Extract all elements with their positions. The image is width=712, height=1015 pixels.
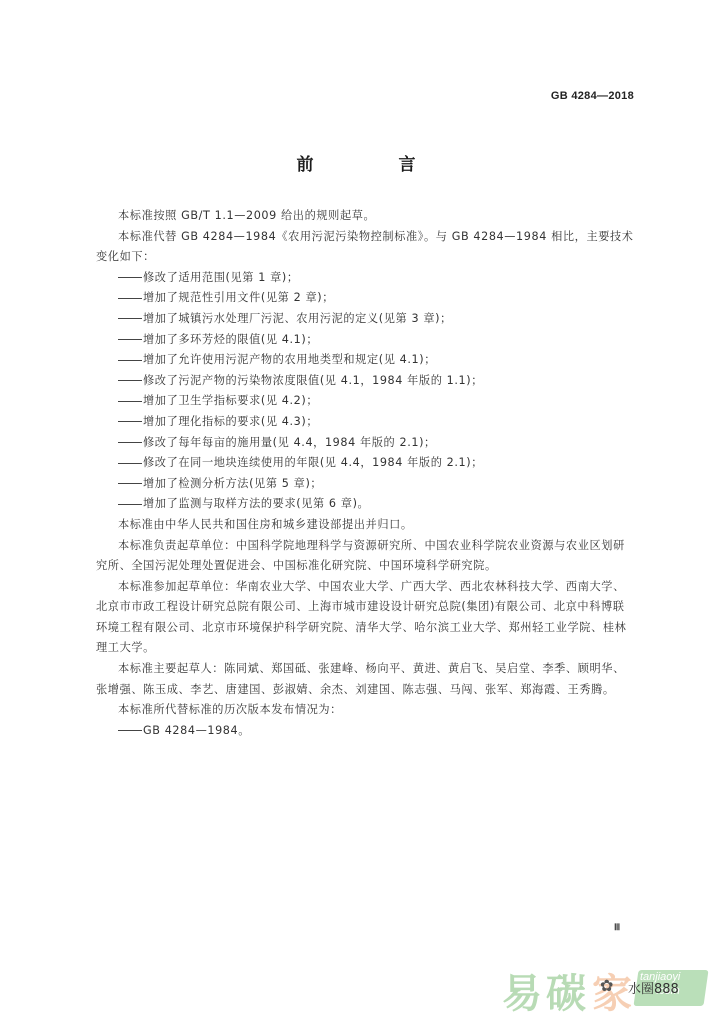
list-item: 增加了检测分析方法(见第 5 章)； <box>96 474 636 495</box>
list-item: 增加了多环芳烃的限值(见 4.1)； <box>96 330 636 351</box>
dash-icon <box>118 483 142 484</box>
watermark-badge-text: tanjiaoyi .com <box>640 970 680 998</box>
paragraph-replaces: 本标准代替 GB 4284—1984《农用污泥污染物控制标准》。与 GB 428… <box>96 227 636 268</box>
dash-icon <box>118 360 142 361</box>
list-item: 增加了监测与取样方法的要求(见第 6 章)。 <box>96 494 636 515</box>
page-number: Ⅲ <box>614 922 620 933</box>
changes-list: 修改了适用范围(见第 1 章)； 增加了规范性引用文件(见第 2 章)； 增加了… <box>96 268 636 515</box>
dash-icon <box>118 380 142 381</box>
paragraph-participating-drafters: 本标准参加起草单位：华南农业大学、中国农业大学、广西大学、西北农林科技大学、西南… <box>96 577 636 659</box>
dash-icon <box>118 463 142 464</box>
dash-icon <box>118 421 142 422</box>
list-item: 修改了适用范围(见第 1 章)； <box>96 268 636 289</box>
dash-icon <box>118 318 142 319</box>
dash-icon <box>118 339 142 340</box>
watermark-char: 碳 <box>546 962 586 1015</box>
dash-icon <box>118 277 142 278</box>
history-item: GB 4284—1984。 <box>96 721 636 742</box>
watermark-char: 家 <box>592 962 632 1015</box>
watermark: 易 碳 家 tanjiaoyi .com ✿ 水圈888 <box>500 958 712 1015</box>
page-title: 前 言 <box>0 150 712 175</box>
dash-icon <box>118 504 142 505</box>
paragraph-main-drafters: 本标准主要起草人：陈同斌、郑国砥、张建峰、杨向平、黄进、黄启飞、吴启堂、李季、顾… <box>96 659 636 700</box>
list-item: 增加了城镇污水处理厂污泥、农用污泥的定义(见第 3 章)； <box>96 309 636 330</box>
dash-icon <box>118 442 142 443</box>
watermark-badge <box>633 970 708 1006</box>
standard-code: GB 4284—2018 <box>551 90 634 102</box>
list-item: 增加了卫生学指标要求(见 4.2)； <box>96 391 636 412</box>
paragraph-version-history: 本标准所代替标准的历次版本发布情况为： <box>96 700 636 721</box>
document-body: 本标准按照 GB/T 1.1—2009 给出的规则起草。 本标准代替 GB 42… <box>96 206 636 741</box>
paragraph-drafting-rules: 本标准按照 GB/T 1.1—2009 给出的规则起草。 <box>96 206 636 227</box>
watermark-label: 水圈888 <box>628 978 679 997</box>
list-item: 增加了允许使用污泥产物的农用地类型和规定(见 4.1)； <box>96 350 636 371</box>
dash-icon <box>118 401 142 402</box>
paragraph-responsible-drafters: 本标准负责起草单位：中国科学院地理科学与资源研究所、中国农业科学院农业资源与农业… <box>96 536 636 577</box>
paragraph-proposed-by: 本标准由中华人民共和国住房和城乡建设部提出并归口。 <box>96 515 636 536</box>
dash-icon <box>118 298 142 299</box>
list-item: 修改了在同一地块连续使用的年限(见 4.4，1984 年版的 2.1)； <box>96 453 636 474</box>
watermark-char: 易 <box>502 962 542 1015</box>
wechat-icon: ✿ <box>600 976 613 995</box>
list-item: 修改了污泥产物的污染物浓度限值(见 4.1，1984 年版的 1.1)； <box>96 371 636 392</box>
dash-icon <box>118 730 142 731</box>
list-item: 修改了每年每亩的施用量(见 4.4，1984 年版的 2.1)； <box>96 433 636 454</box>
list-item: 增加了理化指标的要求(见 4.3)； <box>96 412 636 433</box>
list-item: 增加了规范性引用文件(见第 2 章)； <box>96 288 636 309</box>
